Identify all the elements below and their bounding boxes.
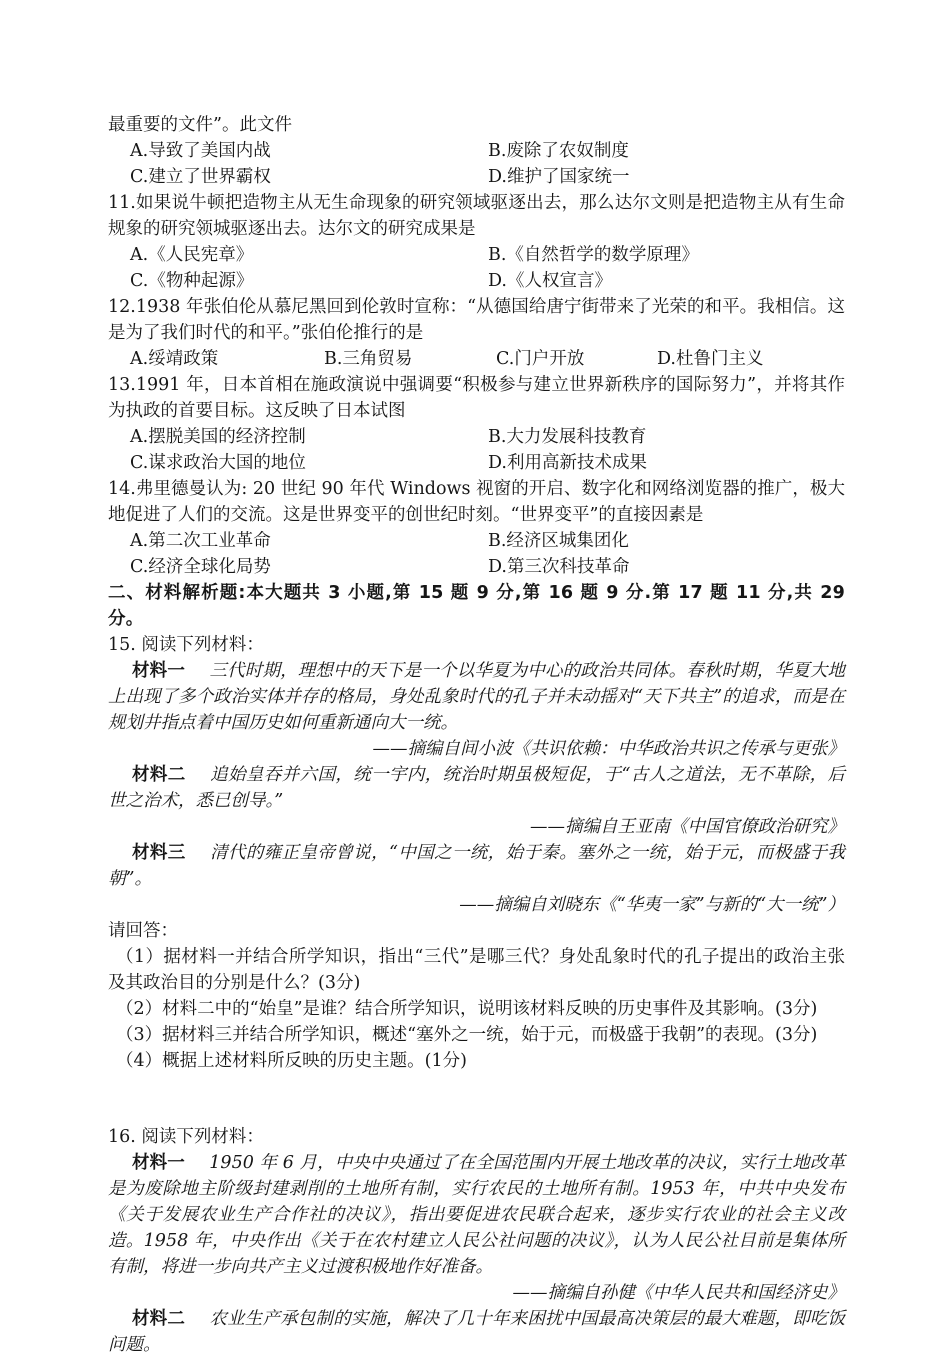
question-14-options-row-2: C.经济全球化局势 D.第三次科技革命 <box>108 554 845 580</box>
section-two-header: 二、材料解析题:本大题共 3 小题,第 15 题 9 分,第 16 题 9 分.… <box>108 580 845 632</box>
question-11-option-c: C.《物种起源》 <box>130 268 488 294</box>
question-10-stem-tail: 最重要的文件”。此文件 <box>108 112 845 138</box>
question-13-option-b: B.大力发展科技教育 <box>488 424 845 450</box>
question-13-option-c: C.谋求政治大国的地位 <box>130 450 488 476</box>
question-16-intro: 16. 阅读下列材料： <box>108 1124 845 1150</box>
q15-material-1: 材料一三代时期，理想中的天下是一个以华夏为中心的政治共同体。春秋时期，华夏大地上… <box>108 658 845 736</box>
q15-subquestion-2: （2）材料二中的“始皇”是谁？结合所学知识，说明该材料反映的历史事件及其影响。(… <box>108 996 845 1022</box>
question-14-option-d: D.第三次科技革命 <box>488 554 845 580</box>
question-12-option-b: B.三角贸易 <box>324 346 496 372</box>
q15-material-2-text: 追始皇吞并六国，统一宇内，统治时期虽极短促，于“古人之道法，无不革除，后世之治术… <box>108 765 845 811</box>
question-14-options-row-1: A.第二次工业革命 B.经济区城集团化 <box>108 528 845 554</box>
q15-material-1-label: 材料一 <box>132 661 185 681</box>
q15-material-2-source: ——摘编自王亚南《中国官僚政治研究》 <box>108 814 845 840</box>
q16-material-2-text: 农业生产承包制的实施，解决了几十年来困扰中国最高决策层的最大难题，即吃饭问题。 <box>108 1309 845 1355</box>
q16-material-2-label: 材料二 <box>132 1309 185 1329</box>
question-11-option-d: D.《人权宣言》 <box>488 268 845 294</box>
blank-gap <box>108 1074 845 1124</box>
q16-material-1-label: 材料一 <box>132 1153 185 1173</box>
q15-material-2-label: 材料二 <box>132 765 186 785</box>
exam-page: 最重要的文件”。此文件 A.导致了美国内战 B.废除了农奴制度 C.建立了世界霸… <box>0 0 950 1344</box>
question-15-intro: 15. 阅读下列材料： <box>108 632 845 658</box>
question-11-stem: 11.如果说牛顿把造物主从无生命现象的研究领域驱逐出去，那么达尔文则是把造物主从… <box>108 190 845 242</box>
question-10-option-c: C.建立了世界霸权 <box>130 164 488 190</box>
q15-material-3: 材料三清代的雍正皇帝曾说，“中国之一统，始于秦。塞外之一统，始于元，而极盛于我朝… <box>108 840 845 892</box>
q16-material-1: 材料一1950 年 6 月，中央中央通过了在全国范围内开展土地改革的决议，实行土… <box>108 1150 845 1280</box>
q15-material-1-text: 三代时期，理想中的天下是一个以华夏为中心的政治共同体。春秋时期，华夏大地上出现了… <box>108 661 845 733</box>
question-13-stem: 13.1991 年，日本首相在施政演说中强调要“积极参与建立世界新秩序的国际努力… <box>108 372 845 424</box>
question-14-option-a: A.第二次工业革命 <box>130 528 488 554</box>
question-14-option-c: C.经济全球化局势 <box>130 554 488 580</box>
question-14-option-b: B.经济区城集团化 <box>488 528 845 554</box>
question-10-options-row-1: A.导致了美国内战 B.废除了农奴制度 <box>108 138 845 164</box>
q15-material-3-source: ——摘编自刘晓东《“华夷一家”与新的“大一统”） <box>108 892 845 918</box>
question-10-option-b: B.废除了农奴制度 <box>488 138 845 164</box>
question-12-options-row: A.绥靖政策 B.三角贸易 C.门户开放 D.杜鲁门主义 <box>108 346 845 372</box>
question-12-option-a: A.绥靖政策 <box>130 346 324 372</box>
q15-material-1-source: ——摘编自间小波《共识依赖：中华政治共识之传承与更张》 <box>108 736 845 762</box>
question-10-options-row-2: C.建立了世界霸权 D.维护了国家统一 <box>108 164 845 190</box>
question-12-option-c: C.门户开放 <box>496 346 657 372</box>
q16-material-1-text: 1950 年 6 月，中央中央通过了在全国范围内开展土地改革的决议，实行土地改革… <box>108 1153 845 1277</box>
q15-subquestion-1: （1）据材料一并结合所学知识，指出“三代”是哪三代？身处乱象时代的孔子提出的政治… <box>108 944 845 996</box>
question-11-options-row-2: C.《物种起源》 D.《人权宣言》 <box>108 268 845 294</box>
q15-material-2: 材料二追始皇吞并六国，统一宇内，统治时期虽极短促，于“古人之道法，无不革除，后世… <box>108 762 845 814</box>
question-12-stem: 12.1938 年张伯伦从慕尼黑回到伦敦时宣称：“从德国给唐宁街带来了光荣的和平… <box>108 294 845 346</box>
question-11-option-a: A.《人民宪章》 <box>130 242 488 268</box>
question-10-option-a: A.导致了美国内战 <box>130 138 488 164</box>
q15-subquestion-4: （4）概据上述材料所反映的历史主题。(1分) <box>108 1048 845 1074</box>
question-13-options-row-2: C.谋求政治大国的地位 D.利用高新技术成果 <box>108 450 845 476</box>
q15-answer-prompt: 请回答： <box>108 918 845 944</box>
question-11-options-row-1: A.《人民宪章》 B.《自然哲学的数学原理》 <box>108 242 845 268</box>
q15-material-3-text: 清代的雍正皇帝曾说，“中国之一统，始于秦。塞外之一统，始于元，而极盛于我朝”。 <box>108 843 845 889</box>
q16-material-2: 材料二农业生产承包制的实施，解决了几十年来困扰中国最高决策层的最大难题，即吃饭问… <box>108 1306 845 1358</box>
question-12-option-d: D.杜鲁门主义 <box>657 346 845 372</box>
question-10-option-d: D.维护了国家统一 <box>488 164 845 190</box>
question-13-option-d: D.利用高新技术成果 <box>488 450 845 476</box>
q15-material-3-label: 材料三 <box>132 843 186 863</box>
q16-material-1-source: ——摘编自孙健《中华人民共和国经济史》 <box>108 1280 845 1306</box>
q15-subquestion-3: （3）据材料三并结合所学知识，概述“塞外之一统，始于元，而极盛于我朝”的表现。(… <box>108 1022 845 1048</box>
question-13-option-a: A.摆脱美国的经济控制 <box>130 424 488 450</box>
question-14-stem: 14.弗里德曼认为: 20 世纪 90 年代 Windows 视窗的开启、数字化… <box>108 476 845 528</box>
question-11-option-b: B.《自然哲学的数学原理》 <box>488 242 845 268</box>
question-13-options-row-1: A.摆脱美国的经济控制 B.大力发展科技教育 <box>108 424 845 450</box>
